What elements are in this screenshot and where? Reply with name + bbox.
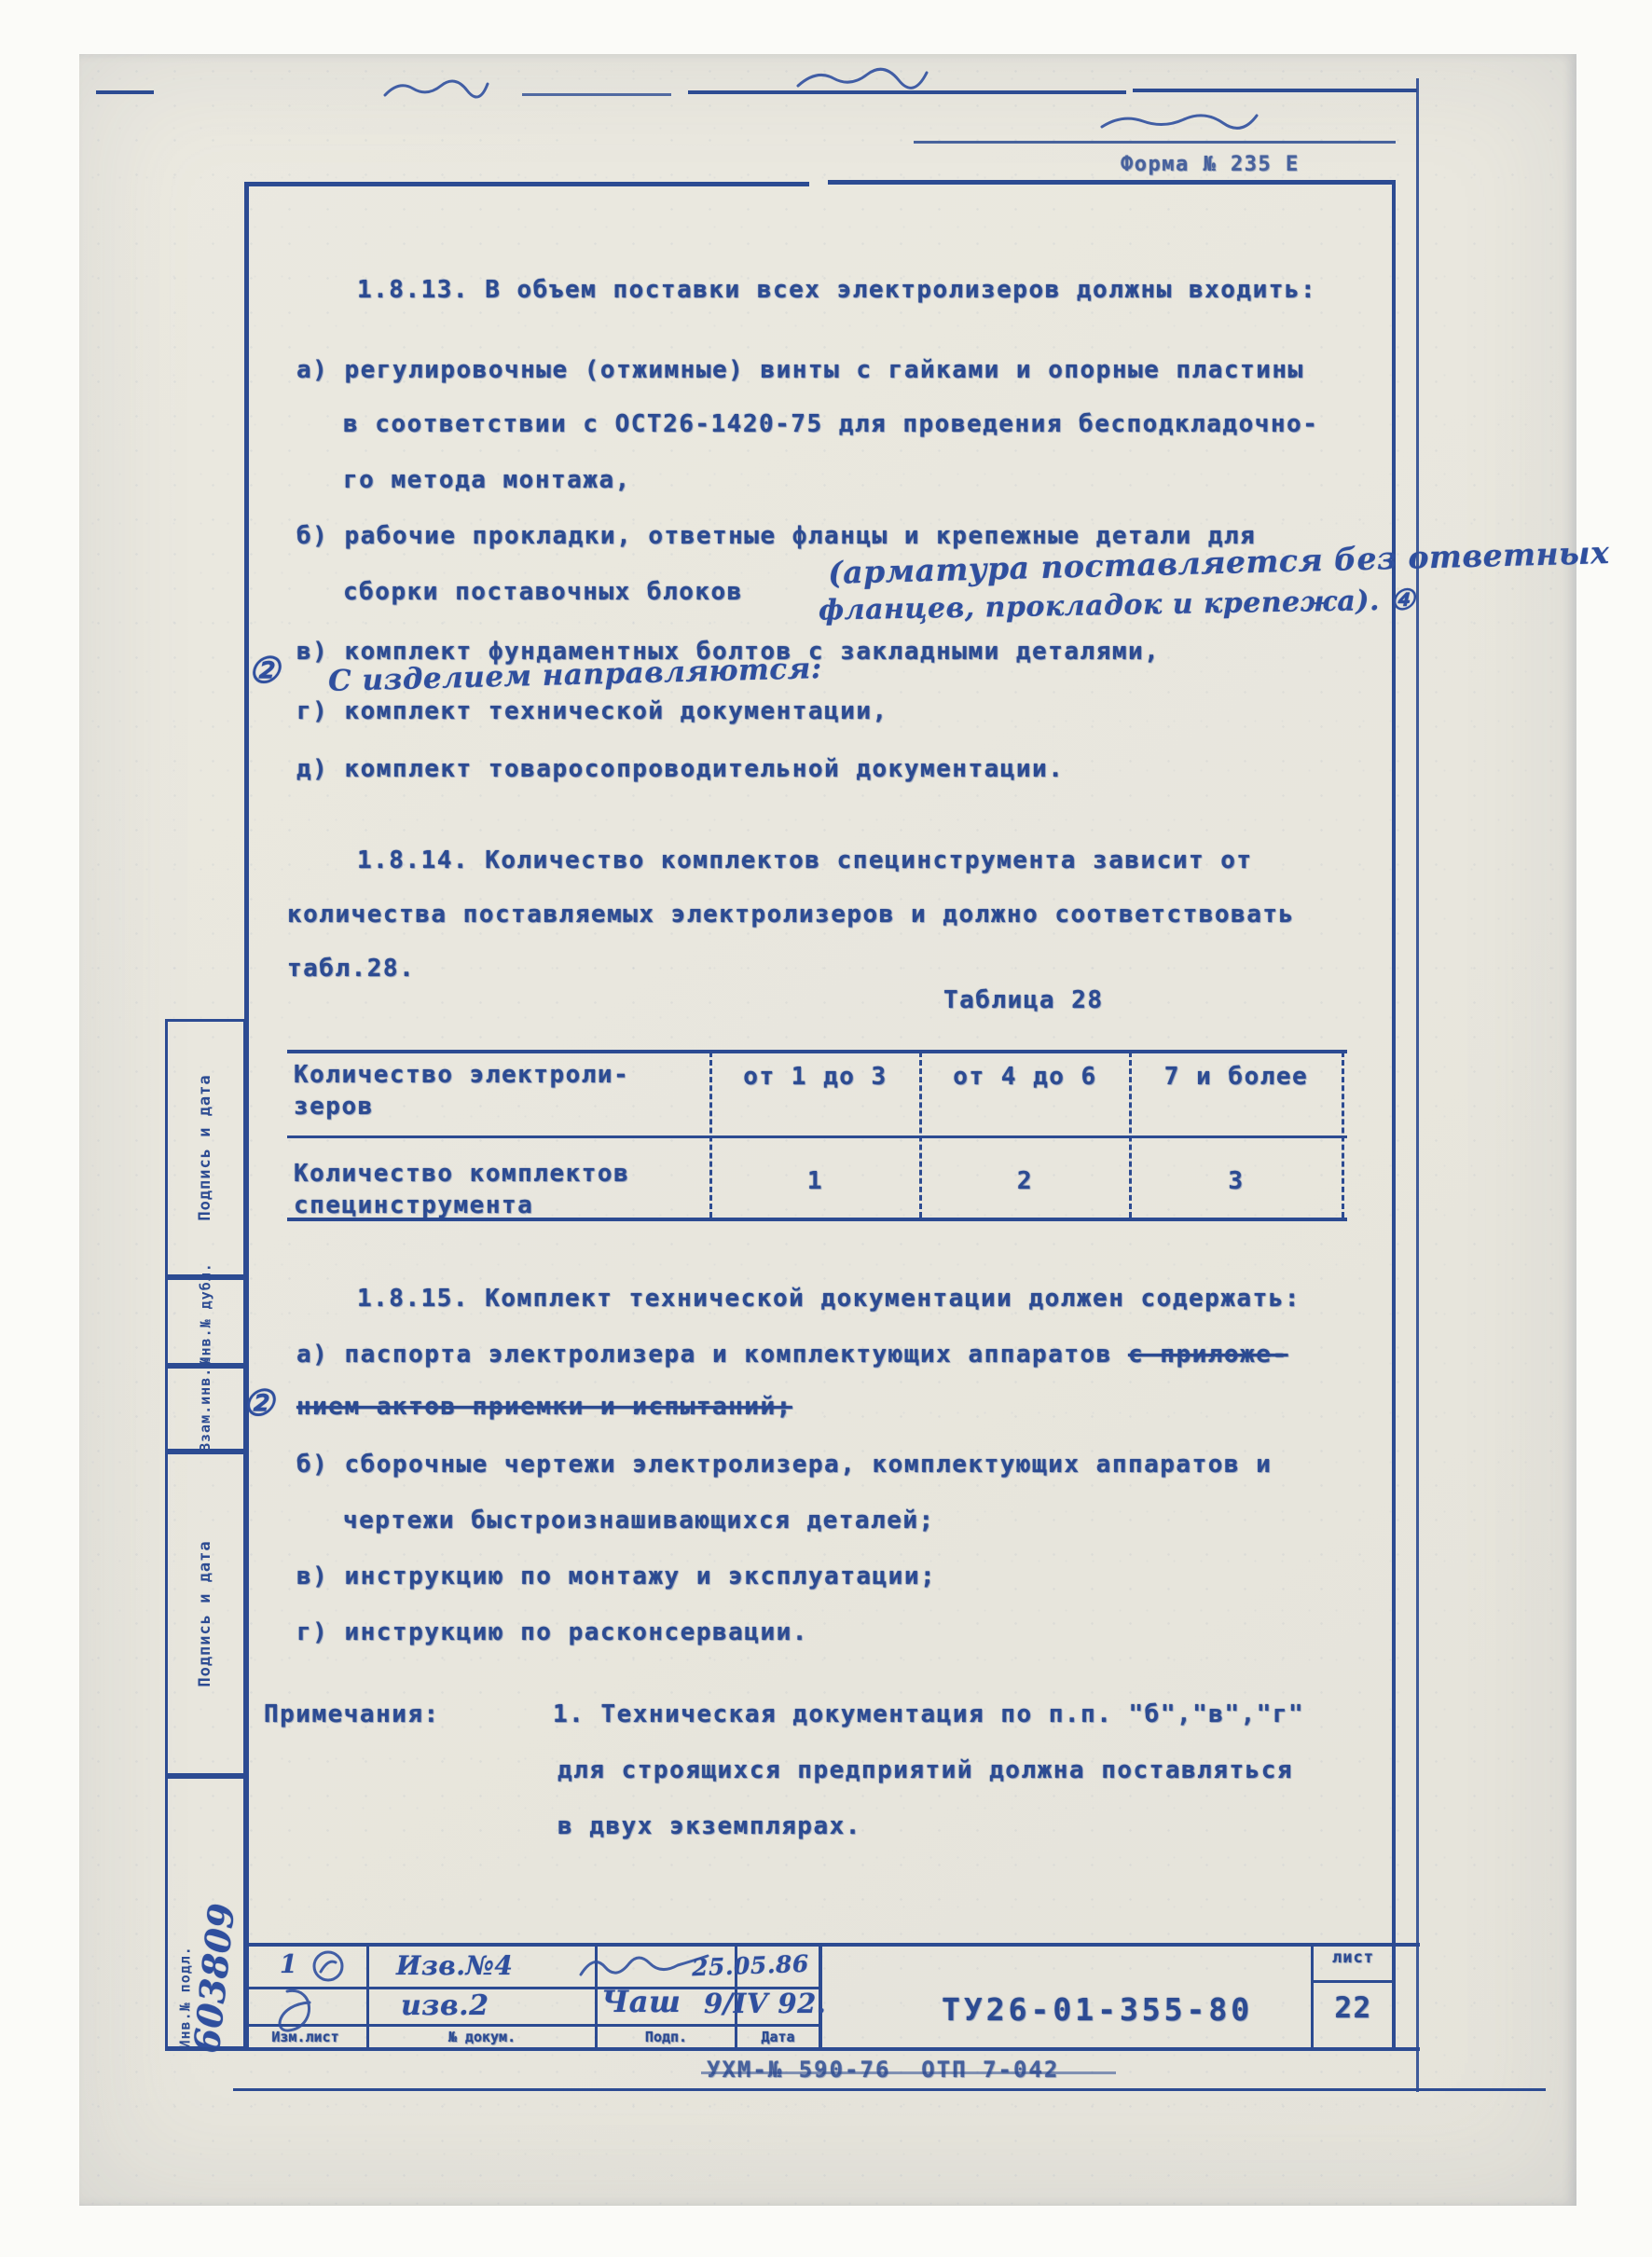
bottom-stamp-text: УХМ-№ 590-76 ОТП 7-042 xyxy=(707,2057,1059,2083)
table-value-cell: 1 xyxy=(711,1167,919,1195)
document-number: ТУ26-01-355-80 xyxy=(942,1991,1253,2028)
titleblock-header: Подп. xyxy=(598,2029,735,2045)
table-row-label: специнструмента xyxy=(294,1191,533,1219)
para-1815-struck-line: нием актов приемки и испытаний; xyxy=(296,1393,792,1421)
revision-doc-ref: изв.2 xyxy=(401,1989,489,2022)
titleblock-top-rule xyxy=(244,1943,1420,1947)
para-1813-item-b: сборки поставочных блоков xyxy=(343,578,743,606)
revision-doc-ref: Изв.№4 xyxy=(396,1950,513,1981)
para-1815-item-b: чертежи быстроизнашивающихся деталей; xyxy=(343,1507,935,1534)
frame-right-border xyxy=(1392,182,1396,2049)
table-header-cell: от 4 до 6 xyxy=(921,1063,1129,1091)
margin-label: Инв.№ дубл. xyxy=(197,1277,215,1366)
revision-date: 9/IV 92. xyxy=(704,1988,826,2019)
revision-signature: Чаш xyxy=(601,1984,681,2019)
para-1815-item-v: в) инструкцию по монтажу и эксплуатации; xyxy=(296,1562,936,1590)
para-1813-head: 1.8.13. В объем поставки всех электролиз… xyxy=(357,276,1316,304)
para-1814-line: 1.8.14. Количество комплектов специнстру… xyxy=(357,846,1253,874)
notes-line: 1. Техническая документация по п.п. "б",… xyxy=(553,1700,1304,1728)
table-column-divider xyxy=(1342,1052,1344,1218)
para-1813-item-b: б) рабочие прокладки, ответные фланцы и … xyxy=(296,522,1256,550)
scanned-document-page: { "header": { "form_label": "Форма № 235… xyxy=(0,0,1652,2257)
titleblock-header: Дата xyxy=(737,2029,819,2045)
titleblock-header: № докум. xyxy=(369,2029,595,2045)
stamp-strike-line xyxy=(701,2071,1116,2074)
frame-top-border xyxy=(244,182,809,186)
frame-top-border xyxy=(828,180,1396,185)
margin-label: Взам.инв.№ xyxy=(196,1366,214,1452)
ink-scribble xyxy=(794,63,934,93)
revision-date: 25.05.86 xyxy=(692,1950,810,1981)
para-1815-item-a-struck: с приложе- xyxy=(1128,1341,1288,1369)
handwritten-revision-mark: ② xyxy=(248,649,281,691)
para-1814-line: табл.28. xyxy=(287,955,415,983)
table-header-cell: 7 и более xyxy=(1131,1063,1342,1091)
table-header-cell: от 1 до 3 xyxy=(711,1063,919,1091)
table-row-label: Количество комплектов xyxy=(294,1160,629,1188)
table-row-label: зеров xyxy=(294,1093,374,1121)
para-1813-item-a: в соответствии с ОСТ26-1420-75 для прове… xyxy=(343,410,1318,438)
ink-scribble xyxy=(380,75,492,103)
scan-line-fragment xyxy=(1133,89,1417,92)
notes-line: для строящихся предприятий должна постав… xyxy=(558,1756,1293,1784)
form-number-label: Форма № 235 Е xyxy=(1121,153,1300,176)
scan-line-fragment xyxy=(522,93,671,96)
table-top-rule xyxy=(287,1050,1347,1053)
circled-mark-scribble xyxy=(308,1947,349,1986)
header-rule xyxy=(914,141,1396,144)
para-1813-item-a: а) регулировочные (отжимные) винты с гай… xyxy=(296,356,1304,384)
handwritten-revision-mark: ② xyxy=(242,1382,275,1424)
margin-label: Подпись и дата xyxy=(196,1452,214,1776)
sheet-label: лист xyxy=(1311,1948,1396,1967)
table-value-cell: 3 xyxy=(1131,1167,1342,1195)
para-1815-item-b: б) сборочные чертежи электролизера, комп… xyxy=(296,1451,1272,1479)
revision-row-number: 1 xyxy=(280,1950,297,1979)
para-1815-head: 1.8.15. Комплект технической документаци… xyxy=(357,1285,1301,1313)
para-1815-item-a: а) паспорта электролизера и комплектующи… xyxy=(296,1341,1288,1369)
scan-line-fragment xyxy=(96,90,154,94)
table-row-label: Количество электроли- xyxy=(294,1061,629,1089)
para-1815-item-a-text: а) паспорта электролизера и комплектующи… xyxy=(296,1341,1128,1369)
titleblock-bottom-rule xyxy=(165,2047,1420,2051)
para-1814-line: количества поставляемых электролизеров и… xyxy=(287,901,1295,929)
notes-label: Примечания: xyxy=(264,1700,440,1728)
table-caption: Таблица 28 xyxy=(943,986,1104,1014)
para-1813-item-d: д) комплект товаросопроводительной докум… xyxy=(296,755,1064,783)
titleblock-header: Изм.лист xyxy=(244,2029,366,2045)
sheet-cell-divider xyxy=(1311,1980,1396,1983)
notes-line: в двух экземплярах. xyxy=(558,1812,861,1840)
bottom-rule xyxy=(233,2088,1546,2091)
ink-scribble xyxy=(1098,108,1266,134)
margin-label: Подпись и дата xyxy=(196,1022,214,1273)
table-value-cell: 2 xyxy=(921,1167,1129,1195)
para-1815-item-g: г) инструкцию по расконсервации. xyxy=(296,1618,808,1646)
para-1813-item-g: г) комплект технической документации, xyxy=(296,697,888,725)
para-1813-item-a: го метода монтажа, xyxy=(343,466,631,494)
sheet-number: 22 xyxy=(1311,1991,1396,2025)
page-edge-border xyxy=(1416,78,1419,2092)
table-mid-rule xyxy=(287,1135,1347,1138)
